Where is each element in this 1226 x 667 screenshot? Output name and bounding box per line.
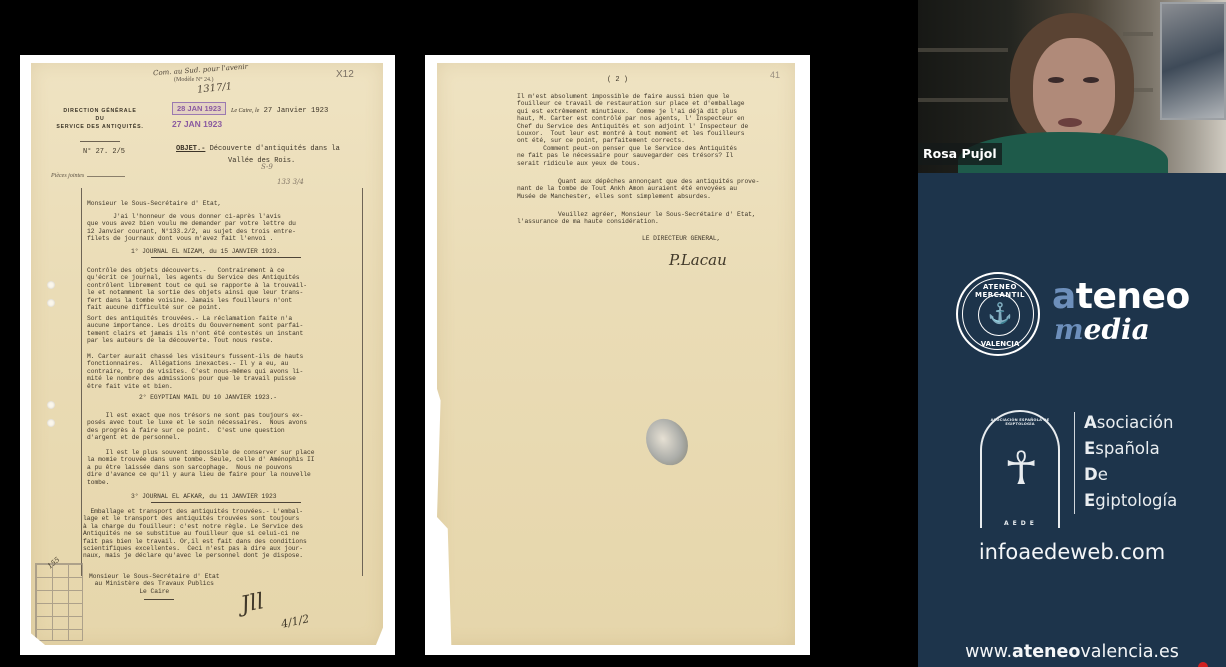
ateneo-mercantil-seal: ATENEO MERCANTIL ⚓ VALENCIA — [956, 272, 1040, 356]
addressee-block: Monsieur le Sous-Secrétaire d' Etat au M… — [89, 573, 220, 595]
speaker-eye — [1083, 77, 1099, 83]
seal-text-bottom: VALENCIA — [958, 340, 1042, 348]
presentation-stage: Com. au Sud. pour l'avenir (Modèle N° 24… — [0, 0, 918, 667]
anchor-caduceus-icon: ⚓ — [987, 300, 1013, 328]
url-bold: ateneo — [1012, 642, 1080, 662]
ateneo-logo-word: ateneo — [1052, 277, 1190, 317]
binder-hole — [47, 419, 55, 427]
aede-website[interactable]: infoaedeweb.com — [918, 538, 1226, 566]
paragraph-tresors: Il est exact que nos trésors ne sont pas… — [87, 412, 307, 442]
place-label: Le Caire, le — [231, 108, 259, 114]
pieces-jointes-label: Pièces jointes — [51, 173, 125, 179]
aede-line: De — [1084, 462, 1177, 488]
place-date: Le Caire, le 27 Janvier 1923 — [231, 107, 328, 115]
section-heading-3: 3° JOURNAL EL AFKAR, du 11 JANVIER 1923 — [131, 493, 276, 500]
seal-text-arc: ASOCIACIÓN ESPAÑOLA DE EGIPTOLOGÍA — [988, 418, 1052, 426]
rest: giptología — [1095, 491, 1177, 510]
wall-picture — [1160, 2, 1226, 120]
letterhead-line: DU — [41, 115, 159, 123]
speaker-mouth — [1058, 118, 1082, 127]
logo-word-rest: edia — [1084, 313, 1150, 346]
letterhead-line: SERVICE DES ANTIQUITÉS. — [41, 123, 159, 131]
binder-hole — [47, 401, 55, 409]
bookshelf — [1123, 32, 1153, 36]
page-number: ( 2 ) — [607, 76, 628, 84]
date-stamp: 27 JAN 1923 — [172, 119, 222, 129]
media-logo-word: media — [1054, 312, 1150, 348]
aede-seal: ASOCIACIÓN ESPAÑOLA DE EGIPTOLOGÍA ☥ AED… — [980, 410, 1060, 528]
seal-text-top: ATENEO MERCANTIL — [958, 283, 1042, 299]
document-number: N° 27. 2/5 — [83, 148, 125, 156]
registry-grid-stamp — [35, 563, 83, 641]
bookshelf — [918, 98, 1008, 102]
url-prefix: www. — [965, 642, 1012, 662]
subject-label: OBJET.- — [176, 145, 205, 153]
initial: E — [1084, 491, 1095, 510]
received-stamp: 28 JAN 1923 — [172, 102, 226, 115]
intro-paragraph: J'ai l'honneur de vous donner ci-après l… — [87, 213, 296, 243]
annotation: S-9 — [261, 163, 273, 171]
paragraph-momie: Il est le plus souvent impossible de con… — [87, 449, 314, 486]
binder-hole — [47, 299, 55, 307]
corner-mark: X12 — [336, 69, 354, 80]
heading-rule — [151, 257, 301, 258]
section-heading-1: 1° JOURNAL EL NIZAM, du 15 JANVIER 1923. — [131, 248, 280, 255]
document-page-2: ( 2 ) 41 Il m'est absolument impossible … — [425, 55, 810, 655]
aede-line: Egiptología — [1084, 488, 1177, 514]
logo-word-rest: teneo — [1076, 276, 1190, 317]
thumbprint-mark — [638, 411, 696, 472]
subject-text-cont: Vallée des Rois. — [176, 155, 376, 167]
annotation: 133 3/4 — [277, 178, 304, 186]
letterhead-rule — [80, 141, 120, 142]
initial: E — [1084, 439, 1095, 458]
letterhead: DIRECTION GÉNÉRALE DU SERVICE DES ANTIQU… — [41, 107, 159, 142]
rest: spañola — [1095, 439, 1159, 458]
logo-accent-letter: m — [1054, 313, 1084, 346]
thoth-ibis-icon: ☥ — [1004, 438, 1038, 498]
salutation: Monsieur le Sous-Secrétaire d' Etat, — [87, 200, 221, 207]
paragraph-sort: Sort des antiquités trouvées.- La réclam… — [87, 315, 303, 345]
handwritten-initials: Jll — [239, 589, 266, 618]
subject-line: OBJET.- Découverte d'antiquités dans la … — [176, 143, 376, 167]
section-heading-2: 2° EGYPTIAN MAIL DU 10 JANVIER 1923.- — [139, 394, 277, 401]
letter-date: 27 Janvier 1923 — [264, 107, 329, 115]
handwritten-note-top: Com. au Sud. pour l'avenir — [153, 63, 248, 77]
paragraph-controle: Contrôle des objets découverts.- Contrai… — [87, 267, 307, 311]
initial: D — [1084, 465, 1098, 484]
addressee-rule — [144, 599, 174, 600]
speaker-eye — [1048, 77, 1064, 83]
model-number: (Modèle N° 24.) — [174, 77, 214, 83]
initial: A — [1084, 413, 1097, 432]
subject-text: Découverte d'antiquités dans la — [210, 145, 340, 153]
document-page-1: Com. au Sud. pour l'avenir (Modèle N° 24… — [20, 55, 395, 655]
aede-line: Asociación — [1084, 410, 1177, 436]
bookshelf — [918, 48, 1008, 52]
ateneo-website[interactable]: www.ateneovalencia.es — [918, 640, 1226, 664]
rest: sociación — [1097, 413, 1174, 432]
letter-paper-1: Com. au Sud. pour l'avenir (Modèle N° 24… — [31, 63, 383, 645]
url-suffix: valencia.es — [1080, 642, 1178, 662]
handwritten-reference: 1317/1 — [197, 81, 233, 96]
paragraph-emballage: Emballage et transport des antiquités tr… — [83, 508, 307, 560]
speaker-video: Rosa Pujol — [918, 0, 1226, 173]
heading-rule — [151, 502, 301, 503]
paragraph-restauration: Il m'est absolument impossible de faire … — [517, 93, 748, 167]
letter-paper-2: ( 2 ) 41 Il m'est absolument impossible … — [437, 63, 795, 645]
logo-accent-letter: a — [1052, 276, 1076, 317]
paragraph-carter: M. Carter aurait chassé les visiteurs fu… — [87, 353, 303, 390]
paragraph-depeches: Quant aux dépêches annonçant que des ant… — [517, 178, 759, 200]
closing-formula: Veuillez agréer, Monsieur le Sous-Secrét… — [517, 211, 756, 226]
recording-indicator-icon — [1198, 662, 1208, 667]
logo-divider — [1074, 412, 1075, 514]
branding-sidebar: Rosa Pujol ATENEO MERCANTIL ⚓ VALENCIA a… — [918, 0, 1226, 667]
signatory-title: LE DIRECTEUR GENERAL, — [642, 235, 720, 242]
handwritten-date: 4/1/2 — [280, 612, 311, 631]
rest: e — [1098, 465, 1108, 484]
seal-text-bottom: AEDE — [1004, 520, 1038, 527]
director-signature: P.Lacau — [669, 251, 727, 269]
corner-number: 41 — [770, 70, 780, 80]
letterhead-line: DIRECTION GÉNÉRALE — [41, 107, 159, 115]
speaker-name-tag: Rosa Pujol — [918, 143, 1002, 165]
aede-name-block: Asociación Española De Egiptología — [1084, 410, 1177, 514]
aede-line: Española — [1084, 436, 1177, 462]
binder-hole — [47, 281, 55, 289]
